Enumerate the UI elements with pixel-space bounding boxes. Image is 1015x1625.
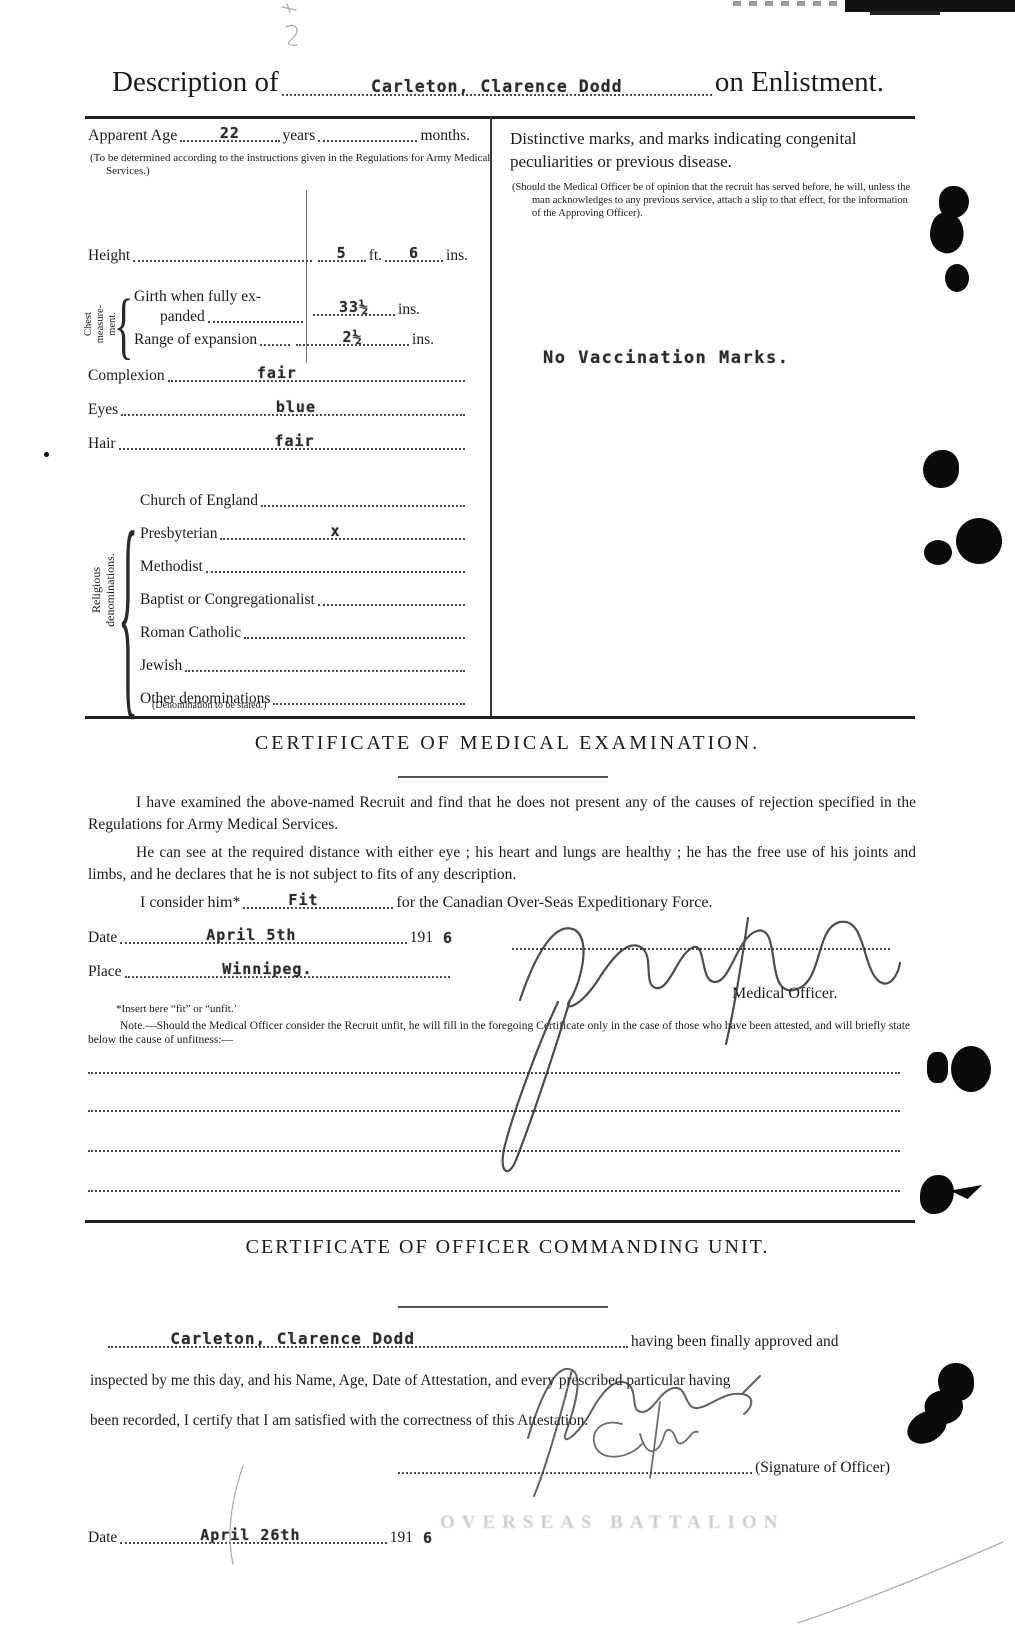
- denomination-label: Jewish: [140, 657, 182, 676]
- header-suffix: on Enlistment.: [715, 66, 884, 100]
- approved-name-field: Carleton, Clarence Dodd: [108, 1332, 628, 1348]
- ink-blot: [945, 264, 969, 292]
- date-value: April 26th: [200, 1526, 300, 1544]
- unfitness-note: Note.—Should the Medical Officer conside…: [88, 1019, 910, 1047]
- rule-mid: [85, 716, 915, 719]
- header-prefix: Description of: [112, 66, 279, 100]
- date-field: April 5th: [120, 928, 406, 944]
- denomination-field: [244, 623, 465, 639]
- denomination-row: Methodist: [140, 544, 468, 577]
- apparent-age-label: Apparent Age: [88, 127, 177, 146]
- denomination-field: [261, 491, 465, 507]
- denomination-field: [318, 590, 465, 606]
- distinctive-marks-heading: Distinctive marks, and marks indicating …: [510, 128, 905, 174]
- denomination-row: Jewish: [140, 643, 468, 676]
- denomination-note: (Denomination to be stated.): [152, 700, 266, 712]
- year-value: 6: [443, 929, 453, 947]
- commanding-title-rule: [398, 1306, 608, 1308]
- denomination-row: Church of England: [140, 478, 468, 511]
- denomination-label: Baptist or Congregationalist: [140, 591, 315, 610]
- ink-blot: [927, 1052, 948, 1083]
- height-ft-value: 5: [337, 244, 347, 262]
- girth-label: Girth when fully ex- panded: [134, 288, 306, 327]
- medical-paragraph-2: He can see at the required distance with…: [88, 842, 916, 886]
- fit-field: Fit: [243, 893, 393, 909]
- ft-label: ft.: [369, 247, 382, 266]
- unfitness-line: [88, 1058, 900, 1074]
- consider-row: I consider him* Fit for the Canadian Ove…: [140, 893, 820, 913]
- girth-label-line1: Girth when fully ex-: [134, 288, 306, 307]
- ink-blot: [924, 540, 952, 565]
- range-row: Range of expansion 2½ ins.: [134, 330, 434, 350]
- medical-paragraph-1: I have examined the above-named Recruit …: [88, 792, 916, 836]
- girth-value-row: 33½ ins.: [310, 300, 420, 320]
- range-label: Range of expansion: [134, 331, 257, 350]
- unfitness-line: [88, 1096, 900, 1112]
- complexion-field: fair: [168, 366, 465, 382]
- battalion-stamp: OVERSEAS BATTALION: [440, 1512, 784, 1534]
- hair-row: Hair fair: [88, 434, 468, 454]
- eyes-field: blue: [121, 400, 465, 416]
- recruit-name-value: Carleton, Clarence Dodd: [371, 77, 622, 96]
- height-label: Height: [88, 247, 130, 266]
- year-value: 6: [423, 1529, 433, 1547]
- denominations-list: Church of England Presbyterian x Methodi…: [140, 478, 468, 709]
- age-value: 22: [220, 124, 240, 142]
- age-note: (To be determined according to the instr…: [90, 152, 498, 179]
- officer-signature-row: (Signature of Officer): [395, 1458, 890, 1478]
- approved-name-value: Carleton, Clarence Dodd: [170, 1329, 415, 1348]
- rule-top: [85, 116, 915, 119]
- consider-prefix: I consider him*: [140, 894, 240, 913]
- range-value: 2½: [343, 328, 363, 346]
- medical-signature-line: [512, 930, 890, 950]
- ink-blot: [925, 209, 968, 256]
- place-label: Place: [88, 963, 122, 982]
- scan-edge-artifact: [870, 11, 940, 15]
- ink-blot: [951, 1046, 991, 1092]
- denomination-row: Presbyterian x: [140, 511, 468, 544]
- year-prefix: 191: [410, 929, 433, 948]
- rule-bottom-section: [85, 1220, 915, 1223]
- religion-brace: {: [118, 482, 138, 746]
- denomination-field: [185, 656, 465, 672]
- vaccination-marks-value: No Vaccination Marks.: [543, 348, 789, 368]
- range-leader: [260, 330, 290, 346]
- place-row: Place Winnipeg.: [88, 962, 453, 982]
- scan-edge-artifact: [733, 1, 838, 6]
- ink-speck: [44, 452, 49, 457]
- denomination-label: Roman Catholic: [140, 624, 241, 643]
- date-field: April 26th: [120, 1528, 386, 1544]
- date-label: Date: [88, 1529, 117, 1548]
- years-label: years: [283, 127, 316, 146]
- commanding-paragraph-line3: been recorded, I certify that I am satis…: [90, 1412, 912, 1430]
- ins-label: ins.: [412, 331, 434, 350]
- apparent-age-row: Apparent Age 22 years months.: [88, 126, 470, 146]
- place-field: Winnipeg.: [125, 962, 450, 978]
- consider-suffix: for the Canadian Over-Seas Expeditionary…: [396, 894, 712, 913]
- denomination-label: Presbyterian: [140, 525, 217, 544]
- hair-value: fair: [274, 432, 314, 450]
- chest-brace: {: [114, 284, 134, 369]
- signature-of-officer-label: (Signature of Officer): [755, 1459, 890, 1478]
- denomination-row: Roman Catholic: [140, 610, 468, 643]
- denomination-field: x: [220, 524, 465, 540]
- distinctive-marks-note: (Should the Medical Officer be of opinio…: [512, 182, 914, 220]
- commanding-name-row: Carleton, Clarence Dodd having been fina…: [105, 1332, 907, 1352]
- girth-label-leader: [208, 307, 303, 323]
- months-field: [318, 126, 417, 142]
- complexion-row: Complexion fair: [88, 366, 468, 386]
- column-divider: [490, 116, 492, 717]
- girth-label-line2: panded: [134, 308, 205, 327]
- form-header: Description of Carleton, Clarence Dodd o…: [112, 66, 884, 100]
- eyes-label: Eyes: [88, 401, 118, 420]
- ink-blot: [956, 518, 1002, 564]
- eyes-value: blue: [276, 398, 316, 416]
- eyes-row: Eyes blue: [88, 400, 468, 420]
- commanding-certificate-title: CERTIFICATE OF OFFICER COMMANDING UNIT.: [0, 1236, 1015, 1259]
- date-label: Date: [88, 929, 117, 948]
- scanned-attestation-form: Description of Carleton, Clarence Dodd o…: [0, 0, 1015, 1625]
- medical-date-row: Date April 5th 191 6: [88, 928, 453, 948]
- height-ft-field: 5: [318, 246, 366, 262]
- height-row: Height 5 ft. 6 ins.: [88, 246, 468, 266]
- place-value: Winnipeg.: [222, 960, 312, 978]
- fit-value: Fit: [288, 891, 318, 909]
- unfitness-line: [88, 1136, 900, 1152]
- height-in-field: 6: [385, 246, 443, 262]
- age-field: 22: [180, 126, 279, 142]
- ink-blot: [950, 1185, 982, 1199]
- complexion-value: fair: [257, 364, 297, 382]
- ins-label: ins.: [446, 247, 468, 266]
- denomination-field: [273, 689, 465, 705]
- denomination-value: x: [331, 522, 341, 540]
- girth-field: 33½: [313, 300, 395, 316]
- hair-label: Hair: [88, 435, 116, 454]
- denomination-row: Baptist or Congregationalist: [140, 577, 468, 610]
- religious-denominations-label: Religious denominations.: [90, 553, 118, 627]
- ink-blot: [920, 1175, 954, 1214]
- date-value: April 5th: [206, 926, 296, 944]
- year-prefix: 191: [390, 1529, 413, 1548]
- girth-value: 33½: [339, 298, 369, 316]
- medical-title-rule: [398, 776, 608, 778]
- months-label: months.: [420, 127, 470, 146]
- complexion-label: Complexion: [88, 367, 165, 386]
- header-name-line: Carleton, Clarence Dodd: [282, 74, 712, 96]
- denomination-label: Church of England: [140, 492, 258, 511]
- insert-note: *Insert here “fit” or “unfit.’: [116, 1003, 237, 1016]
- medical-officer-label: Medical Officer.: [732, 985, 837, 1003]
- height-in-value: 6: [409, 244, 419, 262]
- officer-signature-field: [398, 1458, 752, 1474]
- commanding-paragraph-line2: inspected by me this day, and his Name, …: [90, 1372, 912, 1390]
- denomination-field: [206, 557, 465, 573]
- denomination-label: Methodist: [140, 558, 203, 577]
- range-field: 2½: [296, 330, 409, 346]
- approved-suffix: having been finally approved and: [631, 1333, 838, 1352]
- medical-certificate-title: CERTIFICATE OF MEDICAL EXAMINATION.: [0, 732, 1015, 755]
- hair-field: fair: [119, 434, 465, 450]
- height-leader: [133, 246, 312, 262]
- unfitness-line: [88, 1176, 900, 1192]
- commanding-date-row: Date April 26th 191 6: [88, 1528, 433, 1548]
- ins-label: ins.: [398, 301, 420, 320]
- ink-blot: [923, 450, 959, 488]
